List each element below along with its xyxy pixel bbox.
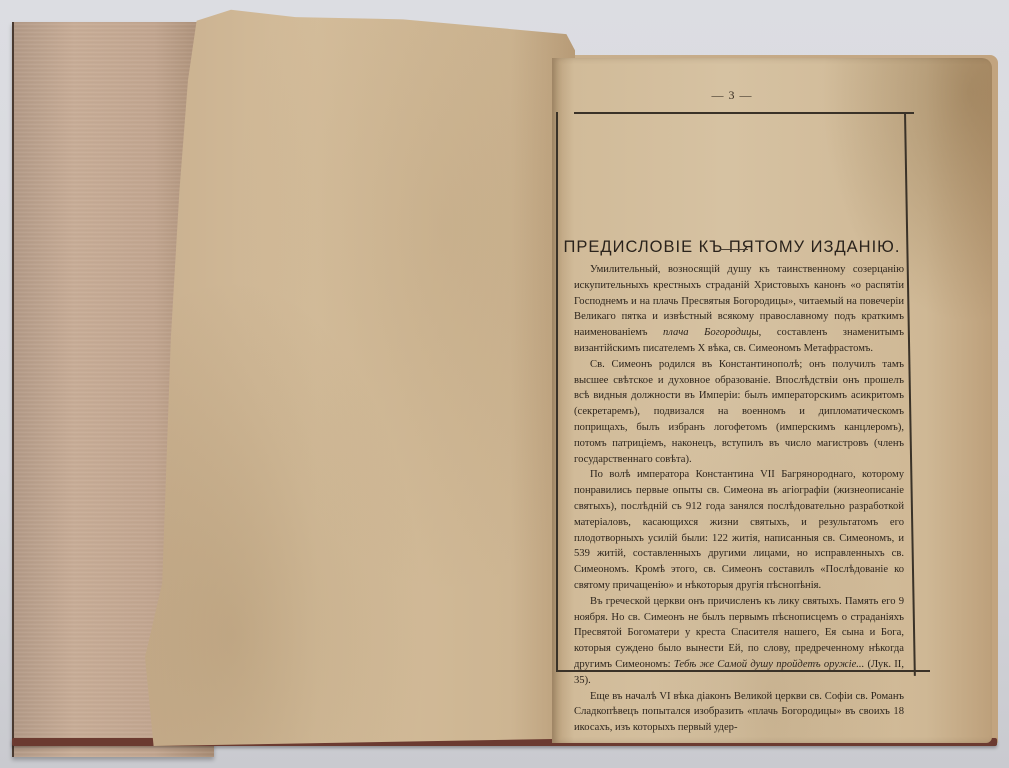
paragraph-2: Св. Симеонъ родился въ Константинополѣ; …	[574, 357, 904, 468]
paragraph-5: Еще въ началѣ VI вѣка діаконъ Великой це…	[574, 689, 904, 736]
preface-title: ПРЕДИСЛОВІЕ КЪ ПЯТОМУ ИЗДАНІЮ.	[562, 238, 902, 257]
paragraph-3: По волѣ императора Константина VII Багря…	[574, 467, 904, 593]
title-divider	[720, 249, 748, 250]
paragraph-1: Умилительный, возносящій душу къ таинств…	[574, 262, 904, 357]
frame-rule-right	[904, 112, 916, 676]
left-page-blank	[145, 6, 575, 746]
page-number: — 3 —	[692, 88, 772, 103]
preface-body: Умилительный, возносящій душу къ таинств…	[574, 262, 904, 736]
frame-rule-top	[574, 112, 914, 114]
paragraph-4: Въ греческой церкви онъ причисленъ къ ли…	[574, 594, 904, 689]
right-page: — 3 — ПРЕДИСЛОВІЕ КЪ ПЯТОМУ ИЗДАНІЮ. Уми…	[552, 58, 992, 743]
frame-rule-left	[556, 112, 558, 672]
